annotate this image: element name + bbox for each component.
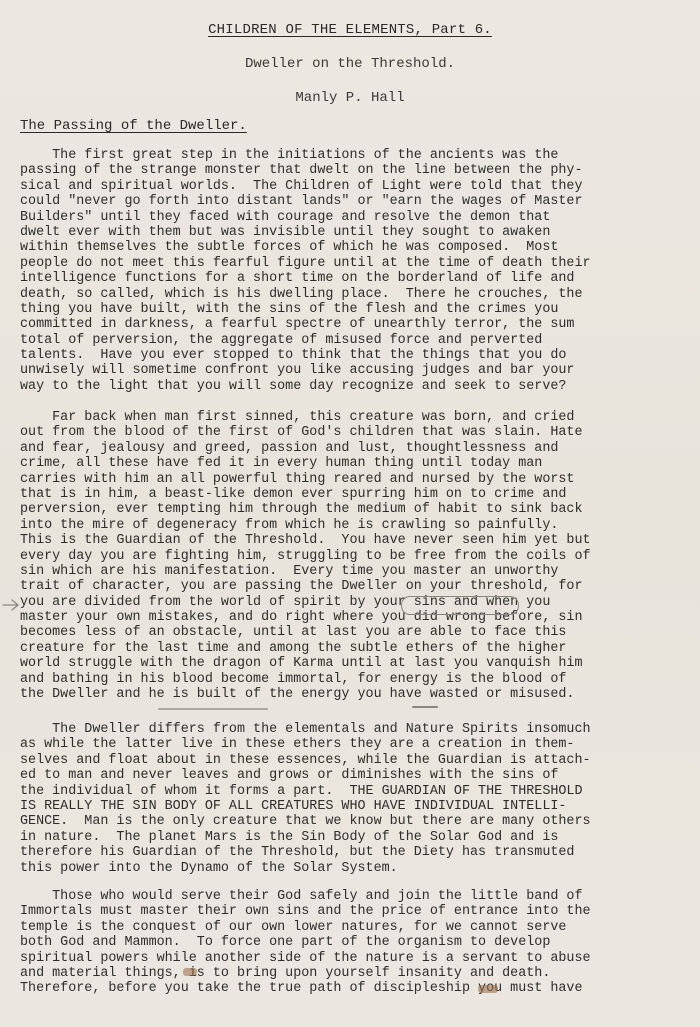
text-line: therefore his Guardian of the Threshold,… [20, 845, 685, 860]
text-line: out from the blood of the first of God's… [20, 425, 685, 440]
text-line: IS REALLY THE SIN BODY OF ALL CREATURES … [20, 799, 685, 814]
text-line: trait of character, you are passing the … [20, 579, 685, 594]
text-line: sin which are his manifestation. Every t… [20, 564, 685, 579]
author-name: Manly P. Hall [20, 90, 680, 106]
text-line: both God and Mammon. To force one part o… [20, 935, 685, 950]
text-line: as while the latter live in these ethers… [20, 737, 685, 752]
text-line: death, so called, which is his dwelling … [20, 287, 685, 302]
text-line: Those who would serve their God safely a… [20, 889, 685, 904]
text-line: temple is the conquest of our own lower … [20, 920, 685, 935]
document-title: CHILDREN OF THE ELEMENTS, Part 6. [20, 22, 680, 38]
text-line: This is the Guardian of the Threshold. Y… [20, 533, 685, 548]
text-line: and fear, jealousy and greed, passion an… [20, 441, 685, 456]
text-line: people do not meet this fearful figure u… [20, 256, 685, 271]
text-line: spiritual powers while another side of t… [20, 951, 685, 966]
text-line: GENCE. Man is the only creature that we … [20, 814, 685, 829]
text-line: selves and float about in these essences… [20, 753, 685, 768]
pencil-underline-he-is-built [158, 708, 268, 710]
text-line: the Dweller and he is built of the energ… [20, 687, 685, 702]
circled-phrase-mark [401, 596, 519, 615]
text-line: intelligence functions for a short time … [20, 271, 685, 286]
text-line: sical and spiritual worlds. The Children… [20, 179, 685, 194]
paragraph-3: The Dweller differs from the elementals … [20, 722, 685, 876]
text-line: this power into the Dynamo of the Solar … [20, 861, 685, 876]
text-line: passing of the strange monster that dwel… [20, 163, 685, 178]
text-line: master your own mistakes, and do right w… [20, 610, 685, 625]
text-line: Builders" until they faced with courage … [20, 210, 685, 225]
text-line: Far back when man first sinned, this cre… [20, 410, 685, 425]
text-line: within themselves the subtle forces of w… [20, 240, 685, 255]
pencil-underline-you [412, 706, 438, 708]
text-line: creature for the last time and among the… [20, 641, 685, 656]
text-line: The Dweller differs from the elementals … [20, 722, 685, 737]
text-line: thing you have built, with the sins of t… [20, 302, 685, 317]
text-line: unwisely will sometime confront you like… [20, 363, 685, 378]
text-line: way to the light that you will some day … [20, 379, 685, 394]
text-line: Therefore, before you take the true path… [20, 981, 685, 996]
text-line: and bathing in his blood become immortal… [20, 672, 685, 687]
text-line: dwelt ever with them but was invisible u… [20, 225, 685, 240]
text-line: carries with him an all powerful thing r… [20, 472, 685, 487]
text-line: you are divided from the world of spirit… [20, 595, 685, 610]
text-line: and material things, is to bring upon yo… [20, 966, 685, 981]
text-line: talents. Have you ever stopped to think … [20, 348, 685, 363]
paragraph-2: Far back when man first sinned, this cre… [20, 410, 685, 702]
paper-stain [183, 968, 197, 976]
text-line: perversion, ever tempting him through th… [20, 502, 685, 517]
text-line: into the mire of degeneracy from which h… [20, 518, 685, 533]
text-line: in nature. The planet Mars is the Sin Bo… [20, 830, 685, 845]
paragraph-1: The first great step in the initiations … [20, 148, 685, 394]
text-line: crime, all these have fed it in every hu… [20, 456, 685, 471]
text-line: world struggle with the dragon of Karma … [20, 656, 685, 671]
paragraph-4: Those who would serve their God safely a… [20, 889, 685, 997]
text-line: that is in him, a beast-like demon ever … [20, 487, 685, 502]
text-line: the individual of whom it forms a part. … [20, 784, 685, 799]
text-line: every day you are fighting him, struggli… [20, 549, 685, 564]
paper-stain [478, 985, 498, 993]
text-line: becomes less of an obstacle, until at la… [20, 625, 685, 640]
text-line: ed to man and never leaves and grows or … [20, 768, 685, 783]
text-line: could "never go forth into distant lands… [20, 194, 685, 209]
text-line: committed in darkness, a fearful spectre… [20, 317, 685, 332]
text-line: total of perversion, the aggregate of mi… [20, 333, 685, 348]
text-line: Immortals must master their own sins and… [20, 904, 685, 919]
text-line: The first great step in the initiations … [20, 148, 685, 163]
margin-arrow-icon [2, 598, 20, 612]
section-heading: The Passing of the Dweller. [20, 118, 247, 134]
document-subtitle: Dweller on the Threshold. [20, 56, 680, 72]
